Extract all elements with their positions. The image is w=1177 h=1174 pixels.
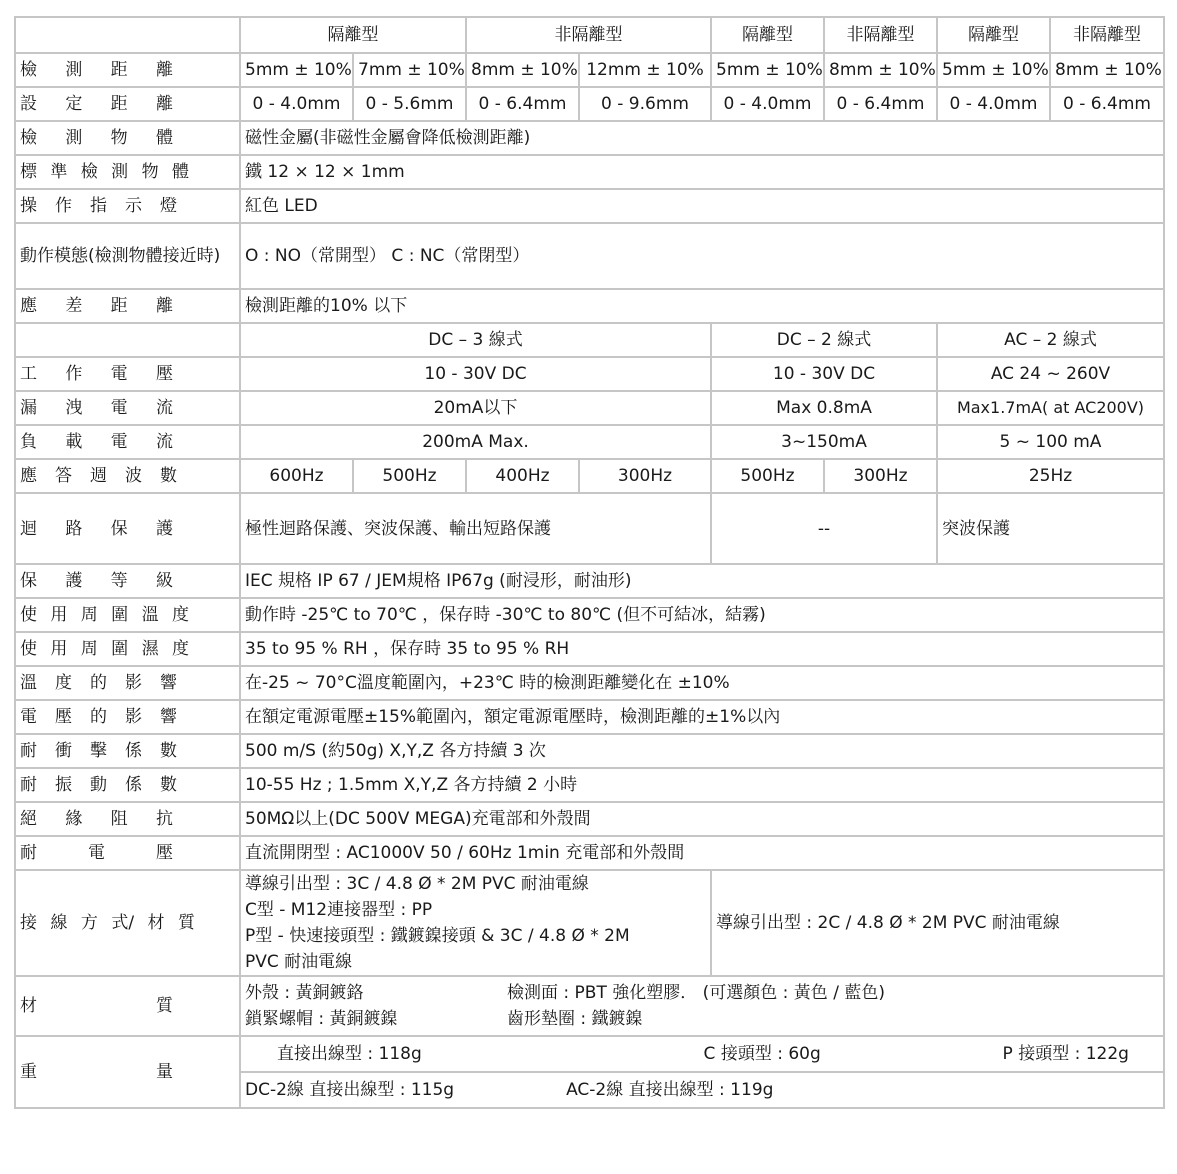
row-label: 使用周圍濕度 [15,632,240,666]
row-temp-effect: 溫度的影響 在-25 ~ 70°C溫度範圍內，+23℃ 時的檢測距離變化在 ±1… [15,666,1164,700]
cell: 300Hz [824,459,937,493]
row-label: 電壓的影響 [15,700,240,734]
cell: 25Hz [937,459,1164,493]
row-label: 應答週波數 [15,459,240,493]
cell: 10 - 30V DC [240,357,711,391]
cell: 10-55 Hz ; 1.5mm X,Y,Z 各方持續 2 小時 [240,768,1164,802]
row-label: 重量 [15,1036,240,1108]
cell: 8mm ± 10% [466,53,579,87]
cell: 300Hz [579,459,711,493]
wiring-type: AC – 2 線式 [937,323,1164,357]
cell: 12mm ± 10% [579,53,711,87]
cell: 動作時 -25℃ to 70℃ ，保存時 -30℃ to 80℃ (但不可結冰，… [240,598,1164,632]
row-label: 耐電壓 [15,836,240,870]
header-type: 非隔離型 [466,17,711,53]
cell: Max 0.8mA [711,391,937,425]
connection-line: P型 - 快速接頭型 : 鐵鍍鎳接頭 & 3C / 4.8 Ø * 2M [245,923,706,949]
row-detect-distance: 檢測距離 5mm ± 10% 7mm ± 10% 8mm ± 10% 12mm … [15,53,1164,87]
cell: O : NO（常開型） C : NC（常閉型） [240,223,1164,289]
wiring-type: DC – 2 線式 [711,323,937,357]
row-label: 材質 [15,976,240,1036]
spec-table: 隔離型 非隔離型 隔離型 非隔離型 隔離型 非隔離型 檢測距離 5mm ± 10… [14,16,1165,1109]
row-label: 耐衝擊係數 [15,734,240,768]
cell: 200mA Max. [240,425,711,459]
cell: 600Hz [240,459,353,493]
cell: 磁性金屬(非磁性金屬會降低檢測距離) [240,121,1164,155]
cell: 500Hz [353,459,466,493]
row-label: 動作模態(檢測物體接近時) [15,223,240,289]
row-connection: 接線方式/材質 導線引出型 : 3C / 4.8 Ø * 2M PVC 耐油電線… [15,870,1164,976]
material-cell: 外殼 : 黃銅鍍鉻 檢測面 : PBT 強化塑膠． (可選顏色 : 黃色 / 藍… [240,976,1164,1036]
cell: 500 m/S (約50g) X,Y,Z 各方持續 3 次 [240,734,1164,768]
connection-line: 導線引出型 : 3C / 4.8 Ø * 2M PVC 耐油電線 [245,871,706,897]
material-item: 外殼 : 黃銅鍍鉻 [245,980,507,1006]
row-label: 負載電流 [15,425,240,459]
row-wiring-types: DC – 3 線式 DC – 2 線式 AC – 2 線式 [15,323,1164,357]
cell: 50MΩ以上(DC 500V MEGA)充電部和外殼間 [240,802,1164,836]
header-blank [15,323,240,357]
cell: IEC 規格 IP 67 / JEM規格 IP67g (耐浸形，耐油形) [240,564,1164,598]
cell: 5mm ± 10% [711,53,824,87]
cell: 7mm ± 10% [353,53,466,87]
material-item: 檢測面 : PBT 強化塑膠． (可選顏色 : 黃色 / 藍色) [507,980,1159,1006]
cell: 3~150mA [711,425,937,459]
cell: 400Hz [466,459,579,493]
row-vibration: 耐振動係數 10-55 Hz ; 1.5mm X,Y,Z 各方持續 2 小時 [15,768,1164,802]
cell: 檢測距離的10% 以下 [240,289,1164,323]
cell: 8mm ± 10% [824,53,937,87]
header-type: 隔離型 [711,17,824,53]
cell: 極性迴路保護、突波保護、輸出短路保護 [240,493,711,564]
row-response: 應答週波數 600Hz 500Hz 400Hz 300Hz 500Hz 300H… [15,459,1164,493]
cell: 0 - 4.0mm [240,87,353,121]
cell: 0 - 6.4mm [1050,87,1164,121]
row-load: 負載電流 200mA Max. 3~150mA 5 ~ 100 mA [15,425,1164,459]
row-insulation: 絕緣阻抗 50MΩ以上(DC 500V MEGA)充電部和外殼間 [15,802,1164,836]
connection-right: 導線引出型 : 2C / 4.8 Ø * 2M PVC 耐油電線 [711,870,1164,976]
row-voltage: 工作電壓 10 - 30V DC 10 - 30V DC AC 24 ~ 260… [15,357,1164,391]
row-weight-1: 重量 直接出線型 : 118g C 接頭型 : 60g P 接頭型 : 122g [15,1036,1164,1072]
cell: 8mm ± 10% [1050,53,1164,87]
weight-item: DC-2線 直接出線型 : 115g [245,1079,454,1101]
cell: Max1.7mA( at AC200V) [937,391,1164,425]
wiring-type: DC – 3 線式 [240,323,711,357]
row-dielectric: 耐電壓 直流開閉型 : AC1000V 50 / 60Hz 1min 充電部和外… [15,836,1164,870]
row-indicator: 操作指示燈 紅色 LED [15,189,1164,223]
cell: 0 - 6.4mm [824,87,937,121]
row-label: 使用周圍溫度 [15,598,240,632]
cell: 0 - 4.0mm [937,87,1050,121]
row-std-object: 標準檢測物體 鐵 12 × 12 × 1mm [15,155,1164,189]
header-row: 隔離型 非隔離型 隔離型 非隔離型 隔離型 非隔離型 [15,17,1164,53]
row-label: 保護等級 [15,564,240,598]
header-type: 隔離型 [937,17,1050,53]
cell: 35 to 95 % RH ，保存時 35 to 95 % RH [240,632,1164,666]
row-set-distance: 設定距離 0 - 4.0mm 0 - 5.6mm 0 - 6.4mm 0 - 9… [15,87,1164,121]
row-shock: 耐衝擊係數 500 m/S (約50g) X,Y,Z 各方持續 3 次 [15,734,1164,768]
row-ip: 保護等級 IEC 規格 IP 67 / JEM規格 IP67g (耐浸形，耐油形… [15,564,1164,598]
row-label: 絕緣阻抗 [15,802,240,836]
row-material: 材質 外殼 : 黃銅鍍鉻 檢測面 : PBT 強化塑膠． (可選顏色 : 黃色 … [15,976,1164,1036]
cell: 0 - 4.0mm [711,87,824,121]
header-blank [15,17,240,53]
cell: 紅色 LED [240,189,1164,223]
cell: 在-25 ~ 70°C溫度範圍內，+23℃ 時的檢測距離變化在 ±10% [240,666,1164,700]
cell: 0 - 6.4mm [466,87,579,121]
row-humidity: 使用周圍濕度 35 to 95 % RH ，保存時 35 to 95 % RH [15,632,1164,666]
row-label: 標準檢測物體 [15,155,240,189]
row-mode: 動作模態(檢測物體接近時) O : NO（常開型） C : NC（常閉型） [15,223,1164,289]
row-label: 迴路保護 [15,493,240,564]
material-item: 齒形墊圈 : 鐵鍍鎳 [507,1006,1159,1032]
cell: 5 ~ 100 mA [937,425,1164,459]
row-label: 漏洩電流 [15,391,240,425]
cell: -- [711,493,937,564]
row-temp: 使用周圍溫度 動作時 -25℃ to 70℃ ，保存時 -30℃ to 80℃ … [15,598,1164,632]
cell: 0 - 5.6mm [353,87,466,121]
weight-line-1: 直接出線型 : 118g C 接頭型 : 60g P 接頭型 : 122g [240,1036,1164,1072]
cell: 500Hz [711,459,824,493]
row-leakage: 漏洩電流 20mA以下 Max 0.8mA Max1.7mA( at AC200… [15,391,1164,425]
cell: 5mm ± 10% [937,53,1050,87]
row-label: 應差距離 [15,289,240,323]
cell: AC 24 ~ 260V [937,357,1164,391]
row-label: 操作指示燈 [15,189,240,223]
row-label: 工作電壓 [15,357,240,391]
weight-line-2: DC-2線 直接出線型 : 115g AC-2線 直接出線型 : 119g [240,1072,1164,1108]
header-type: 隔離型 [240,17,466,53]
row-protection: 迴路保護 極性迴路保護、突波保護、輸出短路保護 -- 突波保護 [15,493,1164,564]
row-label: 檢測物體 [15,121,240,155]
row-label: 檢測距離 [15,53,240,87]
cell: 5mm ± 10% [240,53,353,87]
connection-line: C型 - M12連接器型 : PP [245,897,706,923]
row-detect-object: 檢測物體 磁性金屬(非磁性金屬會降低檢測距離) [15,121,1164,155]
cell: 鐵 12 × 12 × 1mm [240,155,1164,189]
weight-item: 直接出線型 : 118g [277,1043,422,1065]
cell: 在額定電源電壓±15%範圍內，額定電源電壓時，檢測距離的±1%以內 [240,700,1164,734]
weight-item: C 接頭型 : 60g [704,1043,821,1065]
weight-item: AC-2線 直接出線型 : 119g [566,1079,773,1101]
cell: 0 - 9.6mm [579,87,711,121]
row-label: 溫度的影響 [15,666,240,700]
cell: 10 - 30V DC [711,357,937,391]
weight-item: P 接頭型 : 122g [1003,1043,1129,1065]
row-label: 設定距離 [15,87,240,121]
header-type: 非隔離型 [824,17,937,53]
cell: 突波保護 [937,493,1164,564]
connection-line: PVC 耐油電線 [245,949,706,975]
header-type: 非隔離型 [1050,17,1164,53]
cell: 直流開閉型 : AC1000V 50 / 60Hz 1min 充電部和外殼間 [240,836,1164,870]
cell: 20mA以下 [240,391,711,425]
row-label: 耐振動係數 [15,768,240,802]
connection-left: 導線引出型 : 3C / 4.8 Ø * 2M PVC 耐油電線 C型 - M1… [240,870,711,976]
row-label: 接線方式/材質 [15,870,240,976]
row-volt-effect: 電壓的影響 在額定電源電壓±15%範圍內，額定電源電壓時，檢測距離的±1%以內 [15,700,1164,734]
material-item: 鎖緊螺帽 : 黃銅鍍鎳 [245,1006,507,1032]
row-hysteresis: 應差距離 檢測距離的10% 以下 [15,289,1164,323]
